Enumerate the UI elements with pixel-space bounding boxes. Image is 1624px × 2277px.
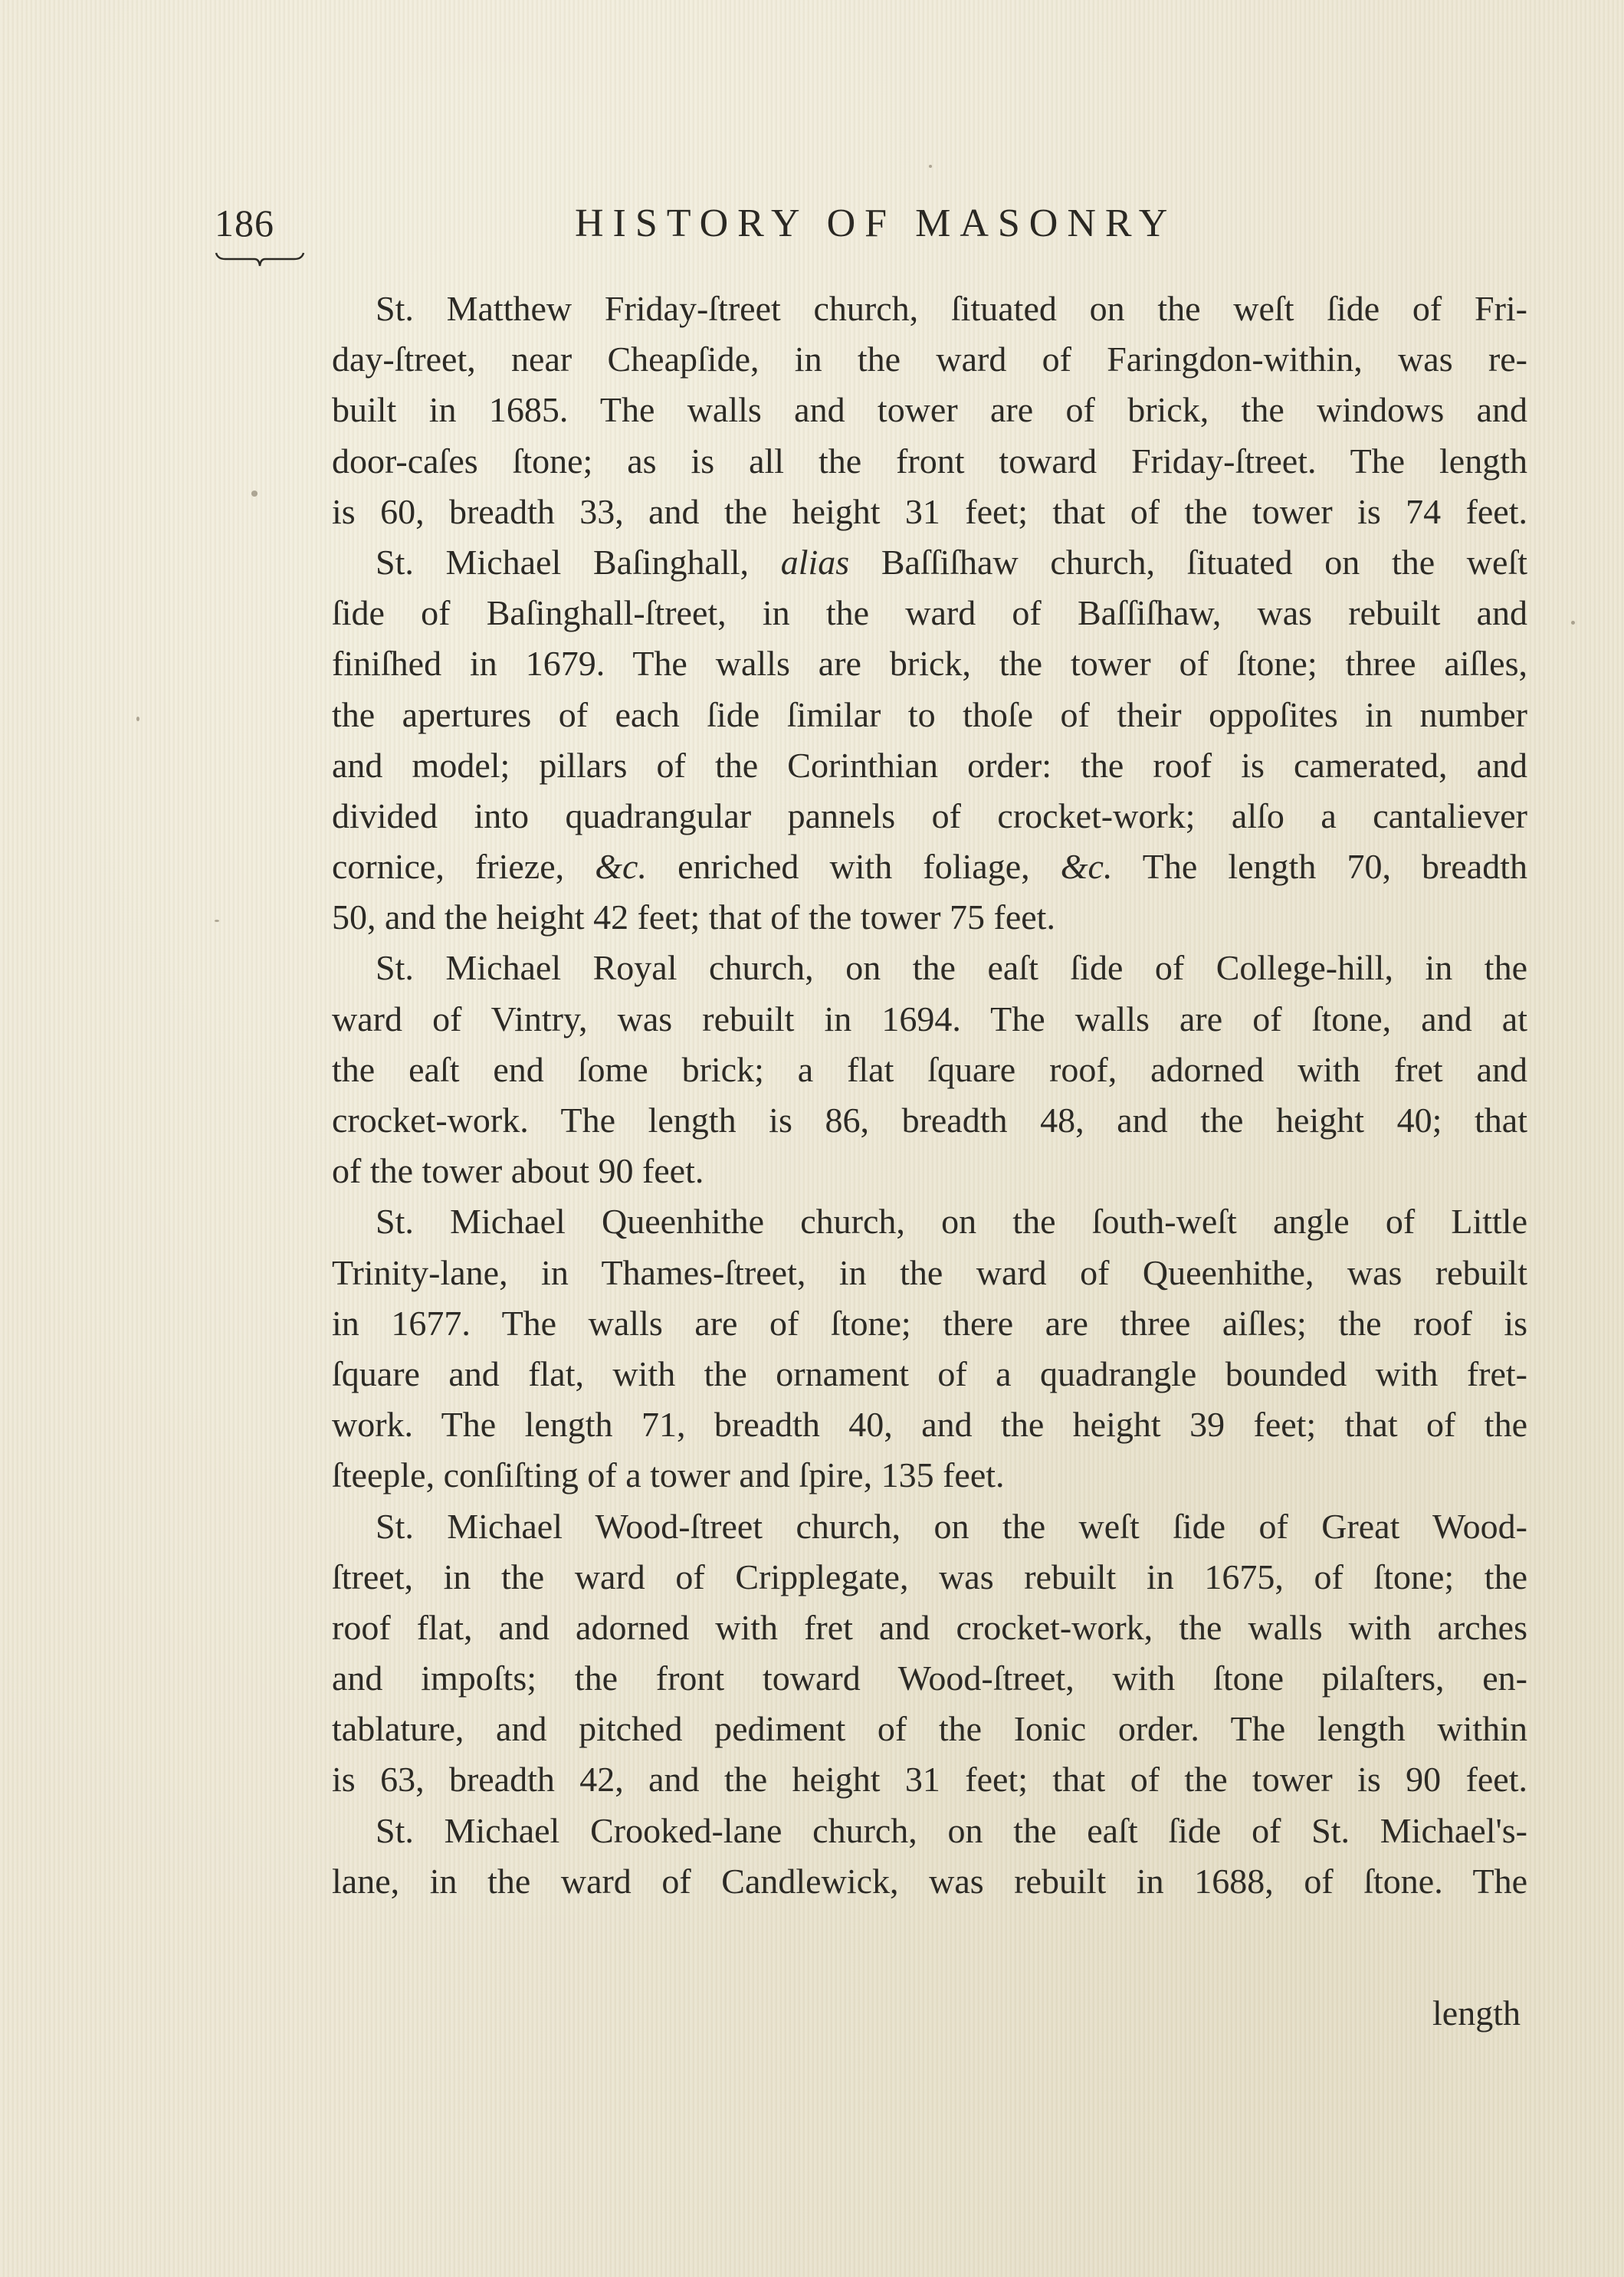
- text-line: divided into quadrangular pannels of cro…: [332, 791, 1527, 842]
- text-line: is 63, breadth 42, and the height 31 fee…: [332, 1754, 1527, 1805]
- text-line: cornice, frieze, &c. enriched with folia…: [332, 842, 1527, 892]
- text-line: crocket-work. The length is 86, breadth …: [332, 1095, 1527, 1146]
- text-line: finiſhed in 1679. The walls are brick, t…: [332, 638, 1527, 689]
- page-number: 186: [215, 201, 274, 245]
- text-line: St. Michael Crooked-lane church, on the …: [332, 1806, 1527, 1856]
- text-line: is 60, breadth 33, and the height 31 fee…: [332, 487, 1527, 537]
- text-run: enriched with foliage,: [647, 847, 1061, 886]
- text-line: the eaſt end ſome brick; a flat ſquare r…: [332, 1045, 1527, 1095]
- paper-speck: [215, 920, 219, 922]
- text-run: cornice, frieze,: [332, 847, 595, 886]
- text-line: ſide of Baſinghall-ſtreet, in the ward o…: [332, 588, 1527, 638]
- text-line: Trinity-lane, in Thames-ſtreet, in the w…: [332, 1248, 1527, 1298]
- italic-text-run: alias: [781, 543, 849, 582]
- text-line: ſtreet, in the ward of Cripplegate, was …: [332, 1552, 1527, 1603]
- text-run: Baſſiſhaw church, ſituated on the weſt: [849, 543, 1527, 582]
- text-line: day-ſtreet, near Cheapſide, in the ward …: [332, 334, 1527, 385]
- text-line: ward of Vintry, was rebuilt in 1694. The…: [332, 994, 1527, 1045]
- book-page: 186 HISTORY OF MASONRY St. Matthew Frida…: [0, 0, 1624, 2277]
- text-line: door-caſes ſtone; as is all the front to…: [332, 436, 1527, 487]
- text-line: roof flat, and adorned with fret and cro…: [332, 1603, 1527, 1653]
- text-line: built in 1685. The walls and tower are o…: [332, 385, 1527, 435]
- paragraph-st-michael-royal: St. Michael Royal church, on the eaſt ſi…: [332, 943, 1527, 1196]
- paragraph-st-michael-wood-street: St. Michael Wood-ſtreet church, on the w…: [332, 1501, 1527, 1806]
- text-line: and model; pillars of the Corinthian ord…: [332, 740, 1527, 791]
- text-line: St. Matthew Friday-ſtreet church, ſituat…: [332, 284, 1527, 334]
- text-run: St. Michael Baſinghall,: [376, 543, 781, 582]
- paragraph-st-michael-queenhithe: St. Michael Queenhithe church, on the ſo…: [332, 1196, 1527, 1501]
- paper-speck: [1571, 621, 1575, 625]
- text-line: St. Michael Baſinghall, alias Baſſiſhaw …: [332, 537, 1527, 588]
- text-line: St. Michael Royal church, on the eaſt ſi…: [332, 943, 1527, 993]
- running-title: HISTORY OF MASONRY: [575, 201, 1176, 246]
- text-run: The length 70, breadth: [1112, 847, 1527, 886]
- text-line: and impoſts; the front toward Wood-ſtree…: [332, 1653, 1527, 1704]
- catchword: length: [1432, 1993, 1521, 2033]
- text-line: ſteeple, conſiſting of a tower and ſpire…: [332, 1450, 1527, 1501]
- paper-speck: [251, 491, 258, 497]
- brace-ornament-icon: [215, 251, 305, 268]
- text-line: tablature, and pitched pediment of the I…: [332, 1704, 1527, 1754]
- italic-text-run: &c.: [1061, 847, 1113, 886]
- text-line: 50, and the height 42 feet; that of the …: [332, 892, 1527, 943]
- text-line: in 1677. The walls are of ſtone; there a…: [332, 1298, 1527, 1349]
- paper-speck: [136, 717, 139, 721]
- text-line: lane, in the ward of Candlewick, was reb…: [332, 1856, 1527, 1907]
- text-line: St. Michael Wood-ſtreet church, on the w…: [332, 1501, 1527, 1552]
- text-line: of the tower about 90 feet.: [332, 1146, 1527, 1196]
- text-line: ſquare and flat, with the ornament of a …: [332, 1349, 1527, 1399]
- body-text: St. Matthew Friday-ſtreet church, ſituat…: [332, 284, 1527, 1907]
- paper-speck: [929, 165, 932, 168]
- paragraph-st-michael-basinghall: St. Michael Baſinghall, alias Baſſiſhaw …: [332, 537, 1527, 943]
- paragraph-st-matthew-friday-street: St. Matthew Friday-ſtreet church, ſituat…: [332, 284, 1527, 537]
- text-line: St. Michael Queenhithe church, on the ſo…: [332, 1196, 1527, 1247]
- paragraph-st-michael-crooked-lane: St. Michael Crooked-lane church, on the …: [332, 1806, 1527, 1907]
- page-header: 186 HISTORY OF MASONRY: [215, 201, 1525, 262]
- text-line: the apertures of each ſide ſimilar to th…: [332, 690, 1527, 740]
- italic-text-run: &c.: [595, 847, 647, 886]
- text-line: work. The length 71, breadth 40, and the…: [332, 1399, 1527, 1450]
